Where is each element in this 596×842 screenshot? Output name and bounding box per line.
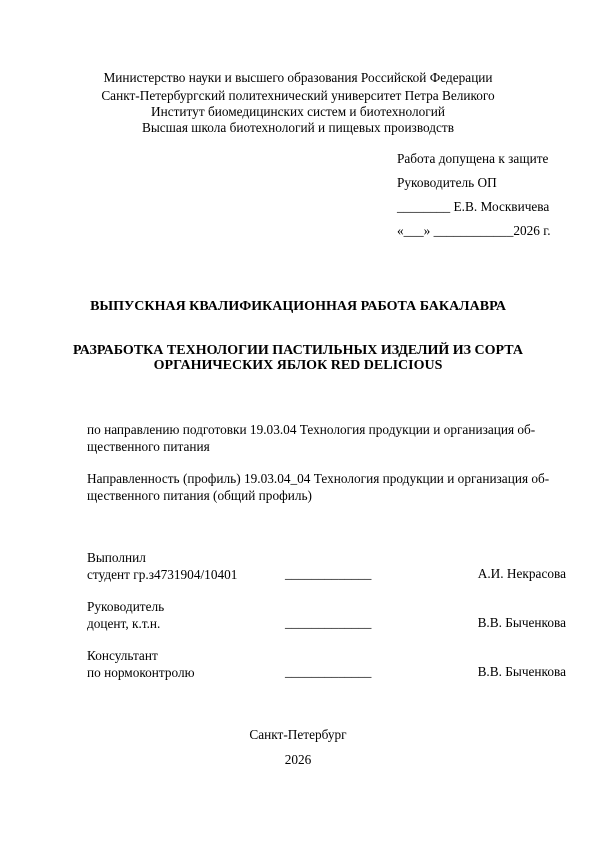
profile-line2: щественного питания (общий профиль) xyxy=(87,487,312,505)
topic-title-line2: ОРГАНИЧЕСКИХ ЯБЛОК RED DELICIOUS xyxy=(0,358,596,374)
sig-line-supervisor: _____________ xyxy=(285,615,371,631)
sig-role-supervisor: Руководитель xyxy=(87,598,164,615)
sig-detail-student: студент гр.з4731904/10401 xyxy=(87,566,237,583)
approval-date: «___» ____________2026 г. xyxy=(397,223,551,239)
topic-title-line1: РАЗРАБОТКА ТЕХНОЛОГИИ ПАСТИЛЬНЫХ ИЗДЕЛИЙ… xyxy=(0,343,596,359)
direction-line2: щественного питания xyxy=(87,438,210,456)
sig-line-consultant: _____________ xyxy=(285,664,371,680)
sig-detail-supervisor: доцент, к.т.н. xyxy=(87,615,160,632)
work-type-title: ВЫПУСКНАЯ КВАЛИФИКАЦИОННАЯ РАБОТА БАКАЛА… xyxy=(0,299,596,315)
footer-city: Санкт-Петербург xyxy=(0,727,596,743)
sig-detail-consultant: по нормоконтролю xyxy=(87,664,195,681)
sig-role-consultant: Консультант xyxy=(87,647,158,664)
header-ministry: Министерство науки и высшего образования… xyxy=(0,69,596,87)
header-school: Высшая школа биотехнологий и пищевых про… xyxy=(0,119,596,137)
footer-year: 2026 xyxy=(0,752,596,768)
approval-admitted: Работа допущена к защите xyxy=(397,151,548,167)
profile-line1: Направленность (профиль) 19.03.04_04 Тех… xyxy=(87,470,549,488)
sig-name-supervisor: В.В. Быченкова xyxy=(478,615,566,631)
approval-signature: ________ Е.В. Москвичева xyxy=(397,199,549,215)
sig-name-consultant: В.В. Быченкова xyxy=(478,664,566,680)
approval-role: Руководитель ОП xyxy=(397,175,497,191)
sig-line-student: _____________ xyxy=(285,566,371,582)
sig-role-student: Выполнил xyxy=(87,549,146,566)
direction-line1: по направлению подготовки 19.03.04 Техно… xyxy=(87,421,535,439)
sig-name-student: А.И. Некрасова xyxy=(478,566,566,582)
